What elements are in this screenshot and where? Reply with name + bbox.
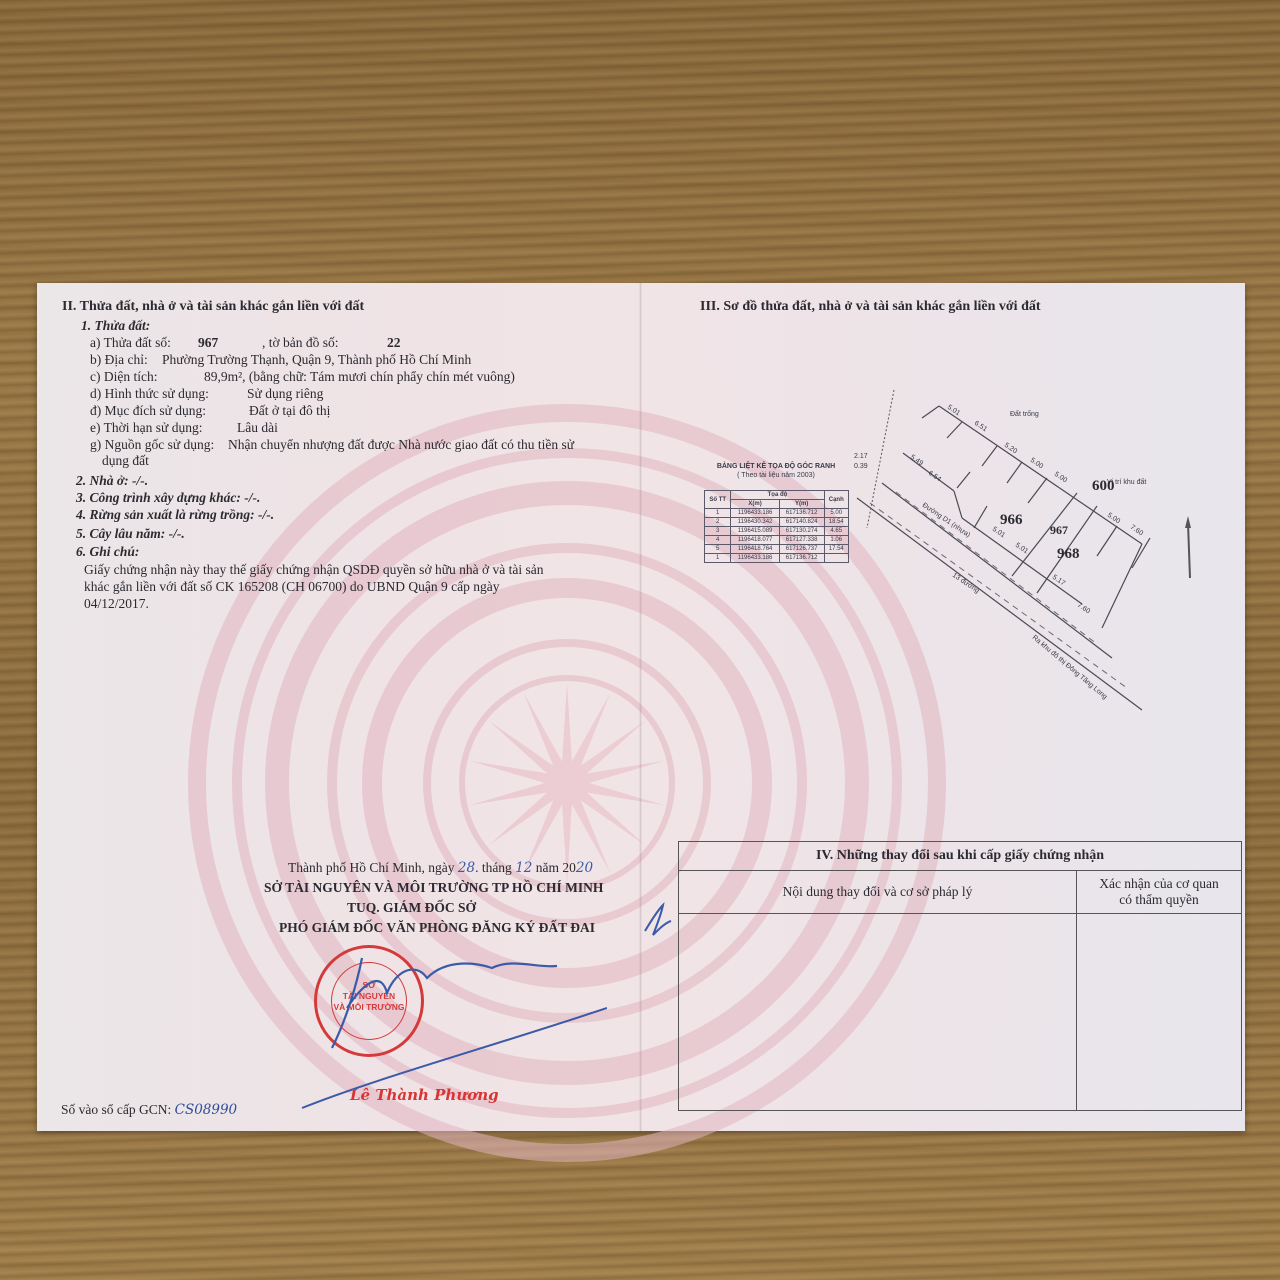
coord-table-caption: BẢNG LIỆT KÊ TỌA ĐỘ GÓC RANH	[701, 463, 851, 470]
date-day: 28	[458, 860, 475, 876]
notes-heading: 6. Ghi chú:	[76, 544, 139, 560]
coord-cell-no: 3	[705, 527, 731, 536]
house-item: 2. Nhà ở: -/-.	[76, 473, 148, 489]
coord-cell-y: 617127.338	[779, 536, 824, 545]
coord-cell-y: 617126.737	[779, 545, 824, 554]
section-3-title: III. Sơ đồ thửa đất, nhà ở và tài sản kh…	[700, 299, 1041, 315]
coord-row: 41196418.077617127.3381.06	[705, 536, 849, 545]
registry-number: Số vào sổ cấp GCN: CS08990	[61, 1102, 237, 1118]
purpose-label: đ) Mục đích sử dụng:	[90, 403, 206, 419]
coord-cell-x: 1196415.089	[731, 527, 779, 536]
area-name-label: Ra khu đô thị Đông Tăng Long	[1031, 634, 1109, 701]
coord-cell-x: 1196418.764	[731, 545, 779, 554]
changes-content-header: Nội dung thay đổi và cơ sở pháp lý	[679, 871, 1077, 914]
vacant-land-label: Đất trống	[1010, 409, 1039, 418]
usage-form-label: d) Hình thức sử dụng:	[90, 386, 209, 402]
date-month: 12	[515, 860, 532, 876]
coord-table-subcaption: ( Theo tài liệu năm 2003)	[701, 472, 851, 479]
signer-role-1: TUQ. GIÁM ĐỐC SỞ	[347, 900, 476, 916]
issuing-org: SỞ TÀI NGUYÊN VÀ MÔI TRƯỜNG TP HỒ CHÍ MI…	[264, 880, 603, 896]
place-date: Thành phố Hồ Chí Minh, ngày 28. tháng 12…	[288, 860, 593, 876]
coord-cell-edge: 1.06	[824, 536, 848, 545]
place-date-prefix: Thành phố Hồ Chí Minh, ngày	[288, 860, 455, 875]
coord-cell-edge: 17.54	[824, 545, 848, 554]
svg-text:2.17: 2.17	[854, 453, 868, 460]
term-label: e) Thời hạn sử dụng:	[90, 420, 202, 436]
svg-text:7.60: 7.60	[1129, 524, 1144, 537]
map-label: , tờ bản đồ số:	[262, 335, 339, 351]
authority-header-line-2: có thẩm quyền	[1078, 892, 1240, 908]
parcel-number: 967	[198, 335, 218, 351]
initials-signature-icon	[637, 901, 677, 939]
svg-text:5.20: 5.20	[1003, 442, 1018, 455]
changes-content-cell	[679, 914, 1077, 1111]
coord-row: 21196430.342617140.82418.54	[705, 518, 849, 527]
coordinate-table: Số TT Tọa độ Cạnh X(m) Y(m) 11196433.186…	[704, 490, 849, 563]
svg-text:5.49: 5.49	[909, 454, 924, 467]
coord-cell-y: 617136.712	[779, 554, 824, 563]
coord-cell-x: 1196433.186	[731, 554, 779, 563]
notes-line-3: 04/12/2017.	[84, 596, 149, 612]
coord-cell-no: 1	[705, 509, 731, 518]
address-label: b) Địa chỉ:	[90, 352, 148, 368]
map-number: 22	[387, 335, 401, 351]
parcel-968-label: 968	[1057, 546, 1080, 562]
parcel-sketch-map: 5.01 6.51 5.20 5.00 5.00 5.00 7.60 5.49 …	[852, 388, 1212, 718]
usage-form-value: Sử dụng riêng	[247, 386, 323, 402]
forest-item: 4. Rừng sản xuất là rừng trồng: -/-.	[76, 507, 274, 523]
notes-line-1: Giấy chứng nhận này thay thế giấy chứng …	[84, 562, 544, 578]
parcel-600-label: 600	[1092, 478, 1115, 494]
parcel-966-label: 966	[1000, 512, 1023, 528]
col-no: Số TT	[705, 491, 731, 509]
coord-cell-edge: 4.65	[824, 527, 848, 536]
land-heading: 1. Thửa đất:	[81, 318, 150, 334]
address-value: Phường Trường Thạnh, Quận 9, Thành phố H…	[162, 352, 471, 368]
year-label: năm 20	[536, 860, 576, 875]
coord-cell-edge: 5.00	[824, 509, 848, 518]
authority-header-line-1: Xác nhận của cơ quan	[1078, 876, 1240, 892]
coord-row: 31196415.089617130.2744.65	[705, 527, 849, 536]
authority-confirm-cell	[1077, 914, 1242, 1111]
north-arrow-icon	[1185, 516, 1191, 578]
registry-label: Số vào sổ cấp GCN:	[61, 1102, 171, 1117]
coord-cell-y: 617140.824	[779, 518, 824, 527]
col-y: Y(m)	[779, 500, 824, 509]
changes-table: IV. Những thay đổi sau khi cấp giấy chứn…	[678, 841, 1242, 1111]
signer-role-2: PHÓ GIÁM ĐỐC VĂN PHÒNG ĐĂNG KÝ ĐẤT ĐAI	[279, 920, 595, 936]
coord-row: 11196433.186617136.712	[705, 554, 849, 563]
page-fold	[639, 283, 642, 1131]
svg-text:6.54: 6.54	[927, 470, 942, 483]
term-value: Lâu dài	[237, 420, 278, 436]
coord-cell-no: 4	[705, 536, 731, 545]
col-x: X(m)	[731, 500, 779, 509]
svg-text:5.17: 5.17	[1051, 574, 1066, 587]
date-year-suffix: 20	[576, 860, 593, 876]
month-label: tháng	[482, 860, 512, 875]
coord-row: 11196433.186617136.7125.00	[705, 509, 849, 518]
road-d1-label: Đường D1 (nhựa)	[921, 502, 971, 539]
svg-text:0.39: 0.39	[854, 463, 868, 470]
road-label: 13 đường	[951, 572, 980, 595]
col-coords: Tọa độ	[731, 491, 824, 500]
col-edge: Cạnh	[824, 491, 848, 509]
signer-name: Lê Thành Phương	[350, 1086, 499, 1104]
coord-cell-no: 5	[705, 545, 731, 554]
coord-cell-x: 1196418.077	[731, 536, 779, 545]
parcel-967-label: 967	[1050, 523, 1068, 537]
authority-confirm-header: Xác nhận của cơ quan có thẩm quyền	[1077, 871, 1242, 914]
section-2-title: II. Thửa đất, nhà ở và tài sản khác gắn …	[62, 299, 364, 315]
svg-text:5.00: 5.00	[1053, 471, 1068, 484]
other-construction-item: 3. Công trình xây dựng khác: -/-.	[76, 490, 260, 506]
coord-row: 51196418.764617126.73717.54	[705, 545, 849, 554]
svg-text:5.01: 5.01	[1014, 542, 1029, 555]
area-value: 89,9m², (bằng chữ: Tám mươi chín phẩy ch…	[204, 369, 515, 385]
registry-value: CS08990	[175, 1102, 238, 1118]
notes-line-2: khác gắn liền với đất số CK 165208 (CH 0…	[84, 579, 499, 595]
coord-cell-y: 617130.274	[779, 527, 824, 536]
coord-cell-x: 1196433.186	[731, 509, 779, 518]
coord-cell-x: 1196430.342	[731, 518, 779, 527]
purpose-value: Đất ở tại đô thị	[249, 403, 330, 419]
coord-cell-y: 617136.712	[779, 509, 824, 518]
coord-cell-edge	[824, 554, 848, 563]
coord-cell-no: 1	[705, 554, 731, 563]
origin-value-cont: dụng đất	[102, 453, 149, 469]
svg-text:5.00: 5.00	[1106, 512, 1121, 525]
coord-cell-no: 2	[705, 518, 731, 527]
parcel-label: a) Thửa đất số:	[90, 335, 171, 351]
perennial-item: 5. Cây lâu năm: -/-.	[76, 526, 185, 542]
origin-label: g) Nguồn gốc sử dụng:	[90, 437, 214, 453]
coord-cell-edge: 18.54	[824, 518, 848, 527]
svg-text:7.60: 7.60	[1076, 602, 1091, 615]
origin-value: Nhận chuyển nhượng đất được Nhà nước gia…	[228, 437, 574, 453]
land-certificate-page: II. Thửa đất, nhà ở và tài sản khác gắn …	[37, 283, 1245, 1131]
area-label: c) Diện tích:	[90, 369, 157, 385]
section-4-title: IV. Những thay đổi sau khi cấp giấy chứn…	[679, 842, 1242, 871]
